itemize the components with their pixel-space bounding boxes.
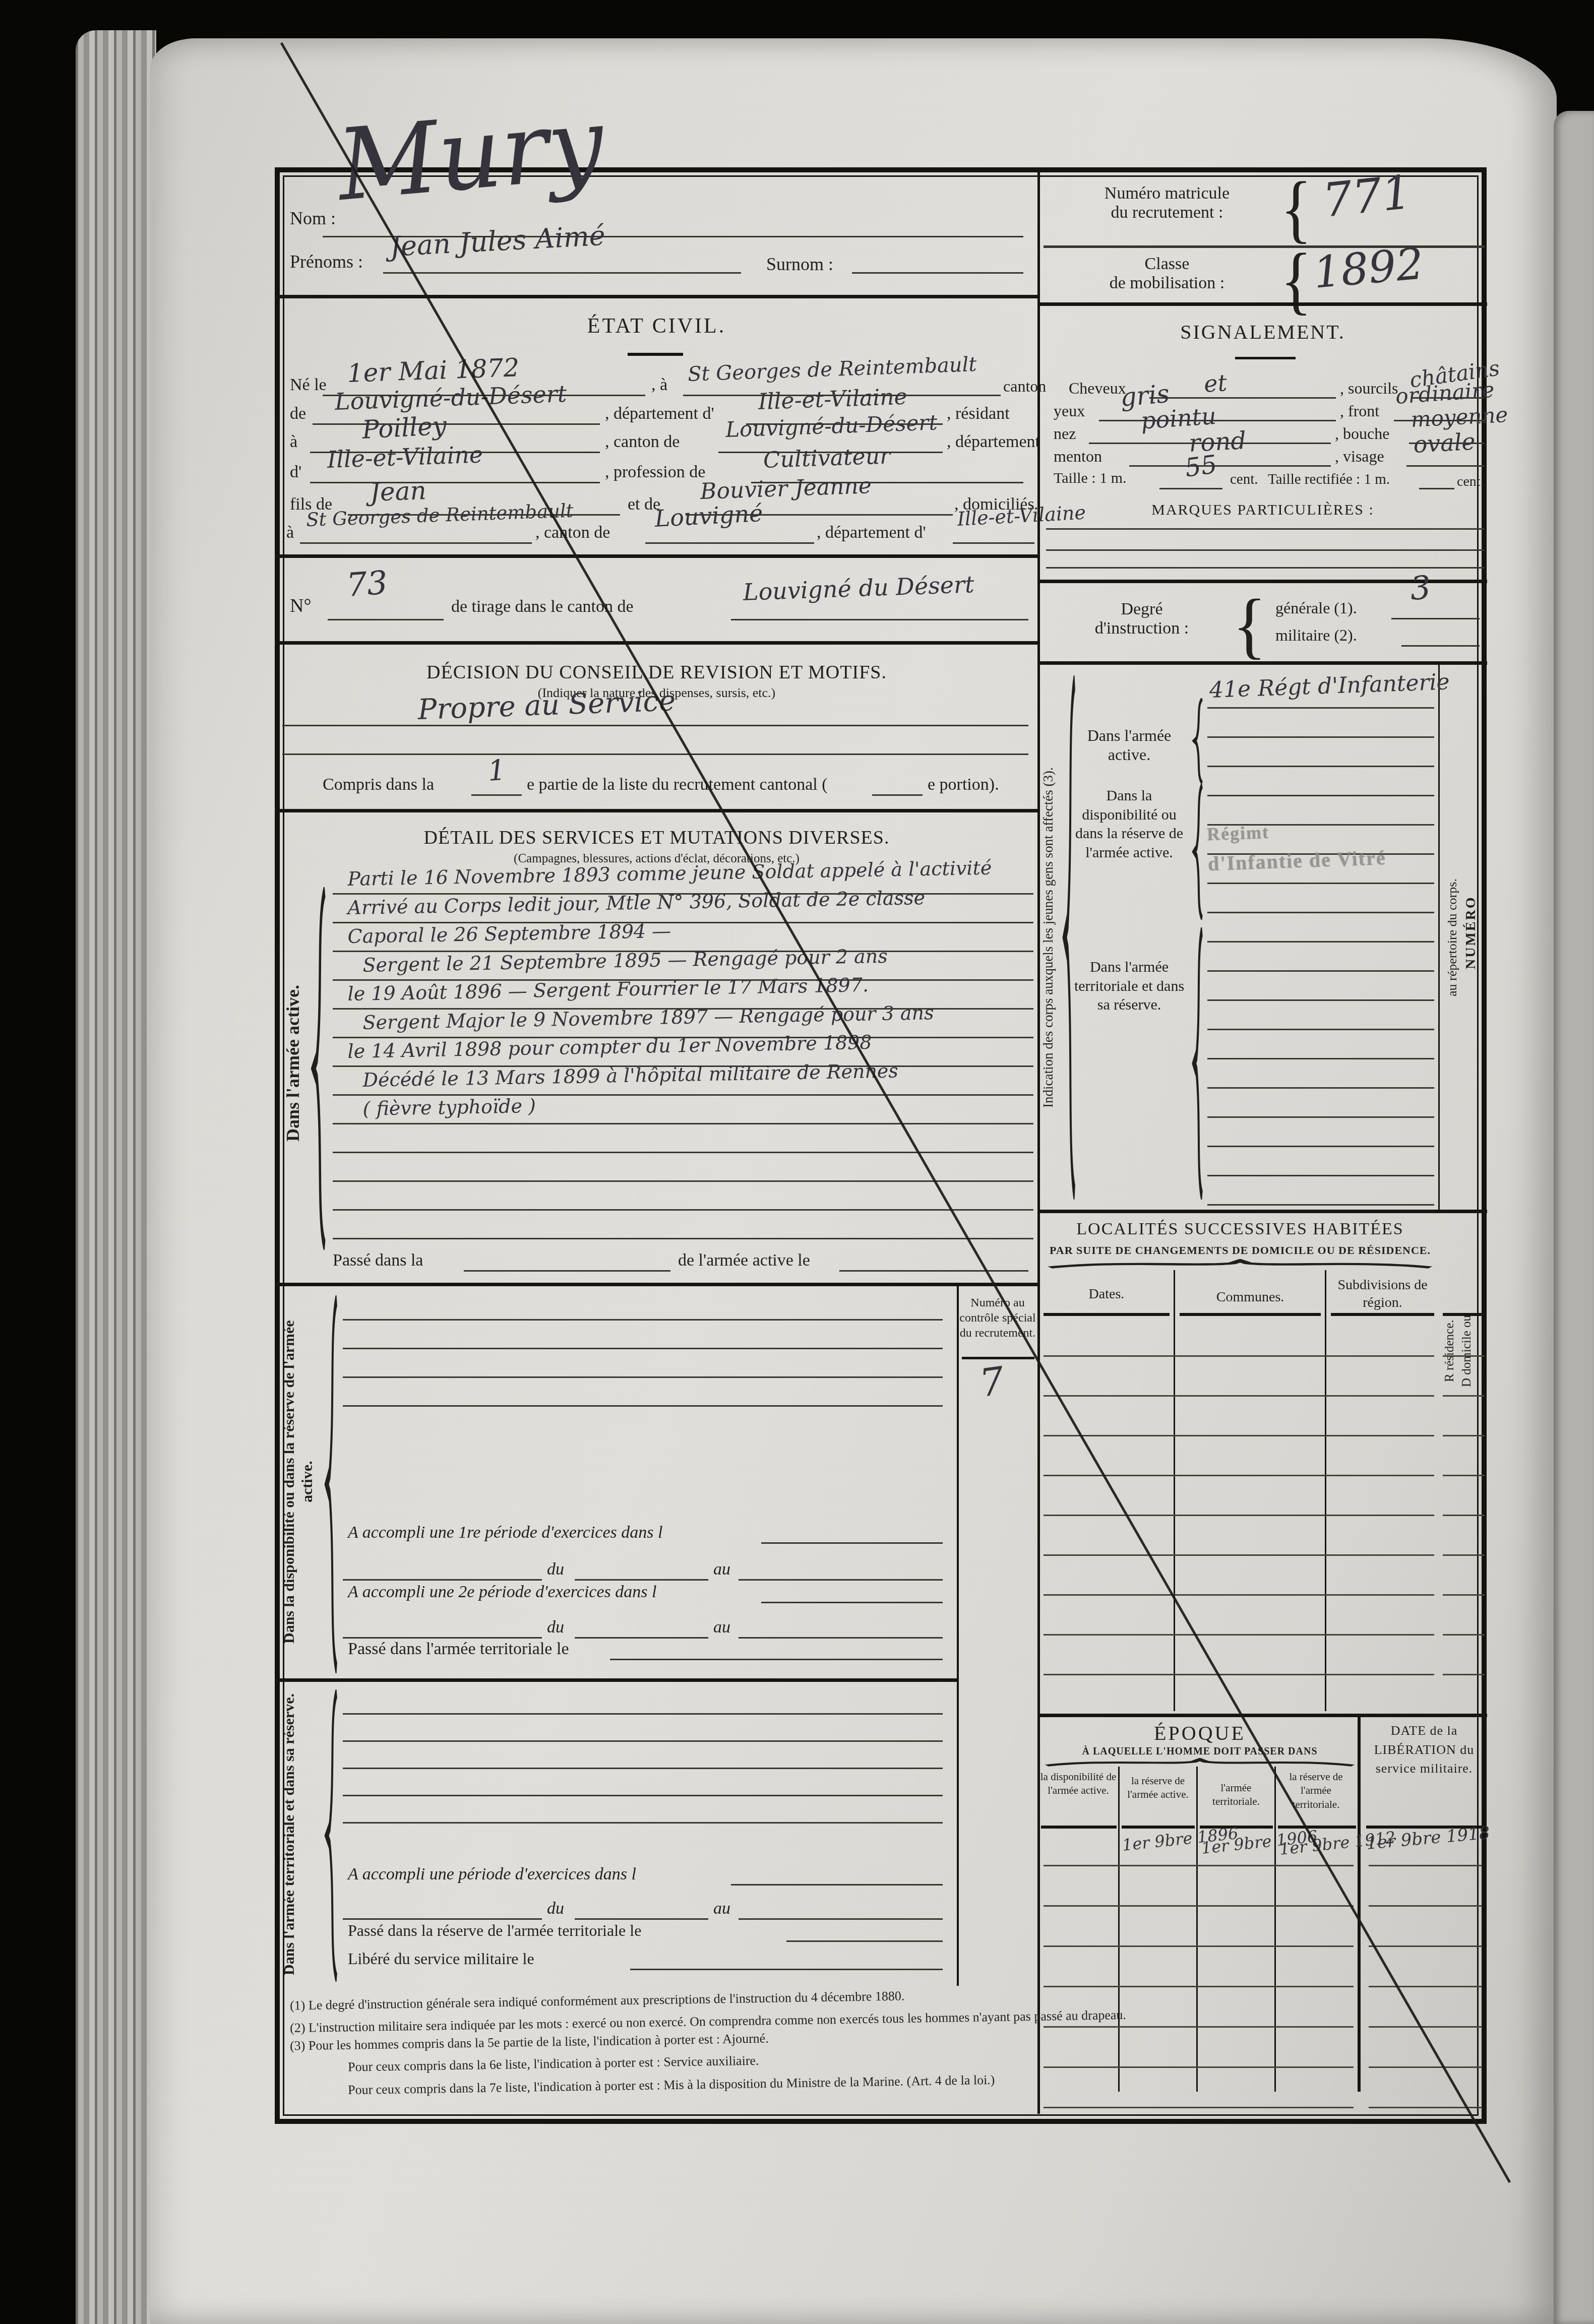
scanned-military-register: { "header": { "nom_label": "Nom :", "nom… (0, 0, 1594, 2324)
cancellation-stroke (0, 0, 1594, 2324)
